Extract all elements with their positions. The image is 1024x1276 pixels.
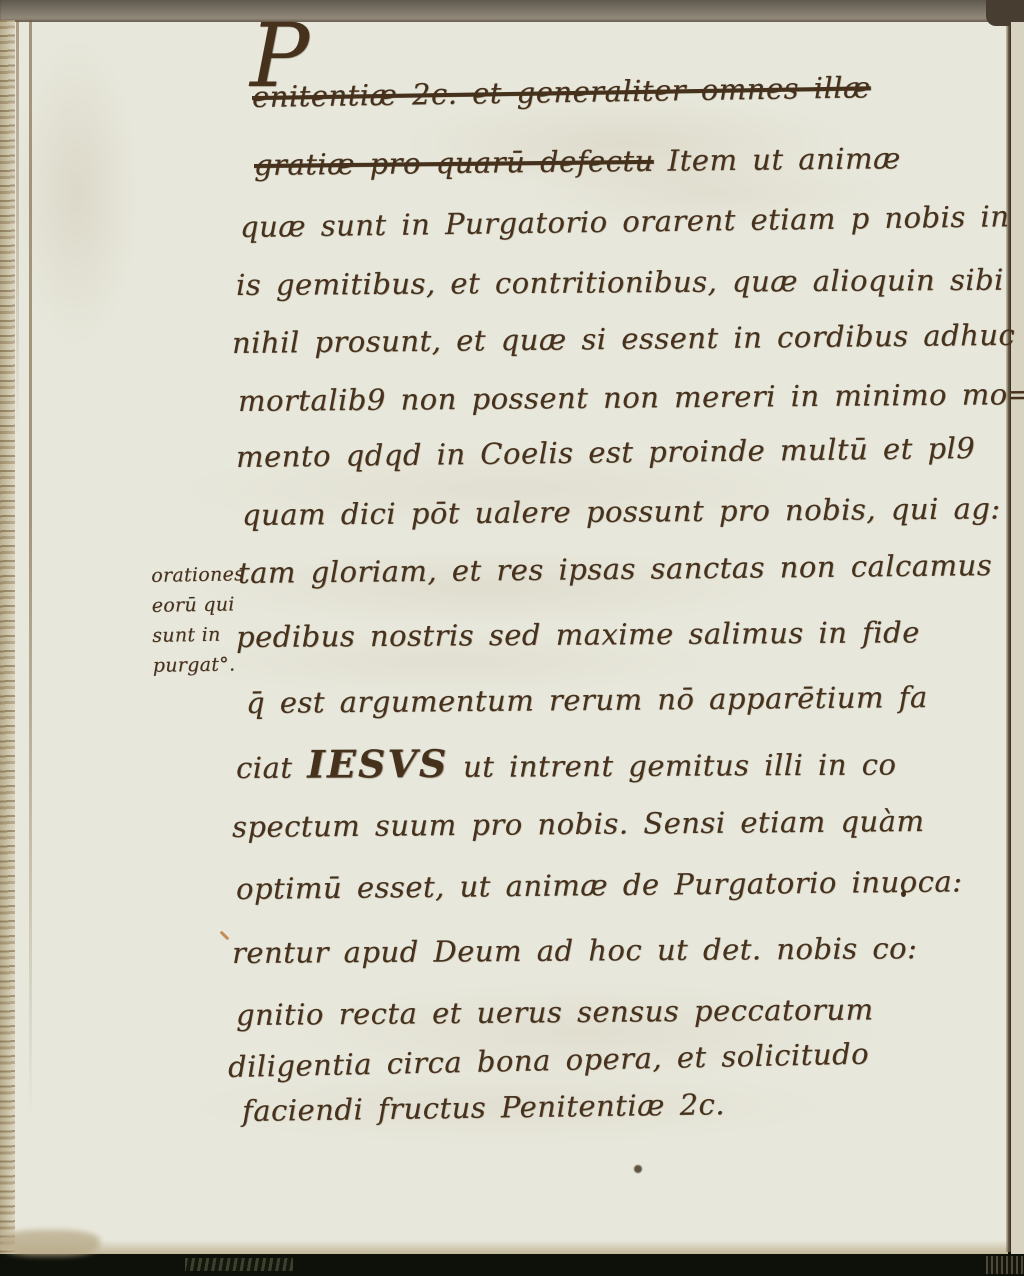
struck-text: gratiæ pro quarū defectu [254,144,654,182]
manuscript-line: rentur apud Deum ad hoc ut det. nobis co… [232,931,918,970]
book-top-edge [0,0,1024,22]
margin-note-line: sunt in [152,619,253,651]
manuscript-line: spectum suum pro nobis. Sensi etiam quàm [232,804,925,844]
manuscript-line: q̄ est argumentum rerum nō apparētium fa [246,680,928,720]
line-text: Item ut animæ [668,141,901,177]
manuscript-line: gratiæ pro quarū defectuItem ut animæ [254,141,901,182]
manuscript-line: mortalib9 non possent non mereri in mini… [238,377,1024,418]
manuscript-line: ciat IESVS ut intrent gemitus illi in co [236,739,897,787]
manuscript-scan: P enitentiæ 2c. et generaliter omnes ill… [0,0,1024,1276]
page-bottom-shadow [6,1240,1008,1254]
line-text: ut intrent gemitus illi in co [448,748,896,784]
page-edge-line [16,20,19,440]
margin-note-line: purgat°. [153,649,254,681]
manuscript-line: pedibus nostris sed maxime salimus in fi… [236,615,920,654]
scan-background-band [0,1254,1024,1276]
paper-stain [0,1230,100,1256]
margin-note-line: orationes [151,559,252,591]
manuscript-line: is gemitibus, et contritionibus, quæ ali… [236,263,1004,302]
page-edge-texture [986,1256,1024,1274]
page-edge-line [29,20,32,1120]
page-left-edge [0,20,15,1254]
manuscript-line: quam dici pōt ualere possunt pro nobis, … [242,491,1001,532]
sacred-name-text: IESVS [307,741,448,787]
line-text: ciat [236,751,307,785]
margin-note-line: eorū qui [151,589,252,621]
page-edge-texture [185,1258,293,1271]
ink-mark [634,1165,642,1173]
margin-note: orationes eorū qui sunt in purgat°. [151,559,253,681]
manuscript-line: faciendi fructus Penitentiæ 2c. [242,1087,725,1128]
manuscript-line: gnitio recta et uerus sensus peccatorum [236,992,874,1032]
